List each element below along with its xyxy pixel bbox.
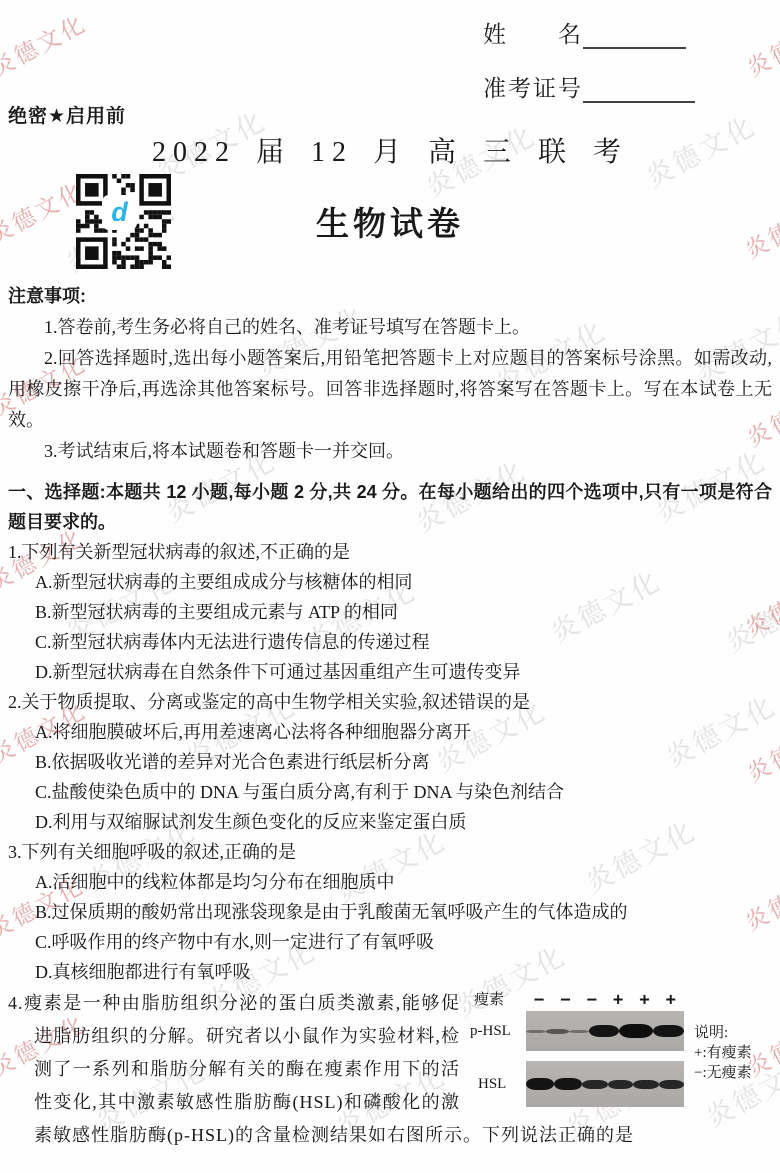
p-hsl-band-1 <box>526 1030 546 1033</box>
question-2-option-a: A.将细胞膜破坏后,再用差速离心法将各种细胞器分离开 <box>8 717 772 747</box>
subject-title: 生物试卷 <box>0 198 780 245</box>
exam-id-underline <box>583 77 695 103</box>
question-1: 1.下列有关新型冠状病毒的叙述,不正确的是 A.新型冠状病毒的主要组成成分与核糖… <box>8 537 772 687</box>
figure-legend: 说明: +:有瘦素 −:无瘦素 <box>684 1011 772 1107</box>
lane-sign-4: + <box>613 992 623 1009</box>
question-2-option-d: D.利用与双缩脲试剂发生颜色变化的反应来鉴定蛋白质 <box>8 807 772 837</box>
question-3-option-a: A.活细胞中的线粒体都是均匀分布在细胞质中 <box>8 867 772 897</box>
lane-sign-5: + <box>639 992 649 1009</box>
hsl-band-6 <box>659 1080 684 1089</box>
hsl-band-2 <box>554 1078 582 1090</box>
question-1-option-d: D.新型冠状病毒在自然条件下可通过基因重组产生可遗传变异 <box>8 657 772 687</box>
question-3-option-c: C.呼吸作用的终产物中有水,则一定进行了有氧呼吸 <box>8 927 772 957</box>
notice-item-3: 3.考试结束后,将本试题卷和答题卡一并交回。 <box>8 436 772 467</box>
p-hsl-band-6 <box>653 1025 684 1037</box>
hsl-band-4 <box>608 1080 633 1089</box>
question-1-option-a: A.新型冠状病毒的主要组成成分与核糖体的相同 <box>8 567 772 597</box>
notice-item-2: 2.回答选择题时,选出每小题答案后,用铅笔把答题卡上对应题目的答案标号涂黑。如需… <box>8 343 772 436</box>
p-hsl-band-2 <box>546 1029 569 1034</box>
p-hsl-band-3 <box>569 1030 589 1033</box>
student-name-field: 姓 名 <box>483 16 686 49</box>
question-1-stem: 1.下列有关新型冠状病毒的叙述,不正确的是 <box>8 537 772 567</box>
exam-id-field: 准考证号 <box>483 70 695 103</box>
lane-sign-3: − <box>587 992 597 1009</box>
question-2-option-b: B.依据吸收光谱的差异对光合色素进行纸层析分离 <box>8 747 772 777</box>
lane-sign-2: − <box>560 992 570 1009</box>
p-hsl-gel-strip <box>526 1011 684 1051</box>
leptin-row-label: 瘦素 <box>470 993 526 1008</box>
p-hsl-label: p-HSL <box>470 1024 526 1039</box>
p-hsl-band-5 <box>619 1024 653 1038</box>
question-1-option-c: C.新型冠状病毒体内无法进行遗传信息的传递过程 <box>8 627 772 657</box>
watermark-text: 炎德文化 <box>740 6 780 84</box>
hsl-gel-strip <box>526 1061 684 1107</box>
exam-paper-page: 炎德文化炎德文化炎德文化炎德文化炎德文化炎德文化炎德文化炎德文化炎德文化炎德文化… <box>0 0 780 1173</box>
question-3: 3.下列有关细胞呼吸的叙述,正确的是 A.活细胞中的线粒体都是均匀分布在细胞质中… <box>8 837 772 987</box>
question-2-option-c: C.盐酸使染色质中的 DNA 与蛋白质分离,有利于 DNA 与染色剂结合 <box>8 777 772 807</box>
watermark-text: 炎德文化 <box>0 6 92 84</box>
legend-title: 说明: <box>694 1023 772 1043</box>
question-3-option-d: D.真核细胞都进行有氧呼吸 <box>8 957 772 987</box>
lane-sign-row: −−−+++ <box>526 989 684 1011</box>
exam-title: 2022 届 12 月 高 三 联 考 <box>0 130 780 170</box>
legend-minus: −:无瘦素 <box>694 1063 772 1083</box>
question-3-stem: 3.下列有关细胞呼吸的叙述,正确的是 <box>8 837 772 867</box>
lane-sign-1: − <box>534 992 544 1009</box>
hsl-band-5 <box>633 1080 658 1089</box>
legend-plus: +:有瘦素 <box>694 1043 772 1063</box>
notice-heading: 注意事项: <box>8 281 772 312</box>
hsl-band-3 <box>582 1080 607 1089</box>
lane-sign-6: + <box>666 992 676 1009</box>
name-underline <box>583 23 686 49</box>
question-3-option-b: B.过保质期的酸奶常出现涨袋现象是由于乳酸菌无氧呼吸产生的气体造成的 <box>8 897 772 927</box>
p-hsl-band-4 <box>589 1025 620 1037</box>
western-blot-figure: 瘦素 −−−+++ p-HSL HSL 说明: +:有瘦素 −:无瘦素 <box>470 989 772 1107</box>
secrecy-notice: 绝密★启用前 <box>8 101 126 128</box>
paper-body: 注意事项: 1.答卷前,考生务必将自己的姓名、准考证号填写在答题卡上。 2.回答… <box>8 281 772 1152</box>
exam-id-label: 准考证号 <box>483 76 583 101</box>
notice-item-1: 1.答卷前,考生务必将自己的姓名、准考证号填写在答题卡上。 <box>8 312 772 343</box>
section-one-heading: 一、选择题:本题共 12 小题,每小题 2 分,共 24 分。在每小题给出的四个… <box>8 477 772 537</box>
hsl-band-1 <box>526 1078 554 1090</box>
question-1-option-b: B.新型冠状病毒的主要组成元素与 ATP 的相同 <box>8 597 772 627</box>
hsl-label: HSL <box>470 1077 526 1092</box>
question-2-stem: 2.关于物质提取、分离或鉴定的高中生物学相关实验,叙述错误的是 <box>8 687 772 717</box>
name-label: 姓 名 <box>483 22 583 47</box>
question-4-stem-block: 瘦素 −−−+++ p-HSL HSL 说明: +:有瘦素 −:无瘦素 4.瘦素… <box>8 987 772 1152</box>
question-4: 瘦素 −−−+++ p-HSL HSL 说明: +:有瘦素 −:无瘦素 4.瘦素… <box>8 987 772 1152</box>
question-2: 2.关于物质提取、分离或鉴定的高中生物学相关实验,叙述错误的是 A.将细胞膜破坏… <box>8 687 772 837</box>
